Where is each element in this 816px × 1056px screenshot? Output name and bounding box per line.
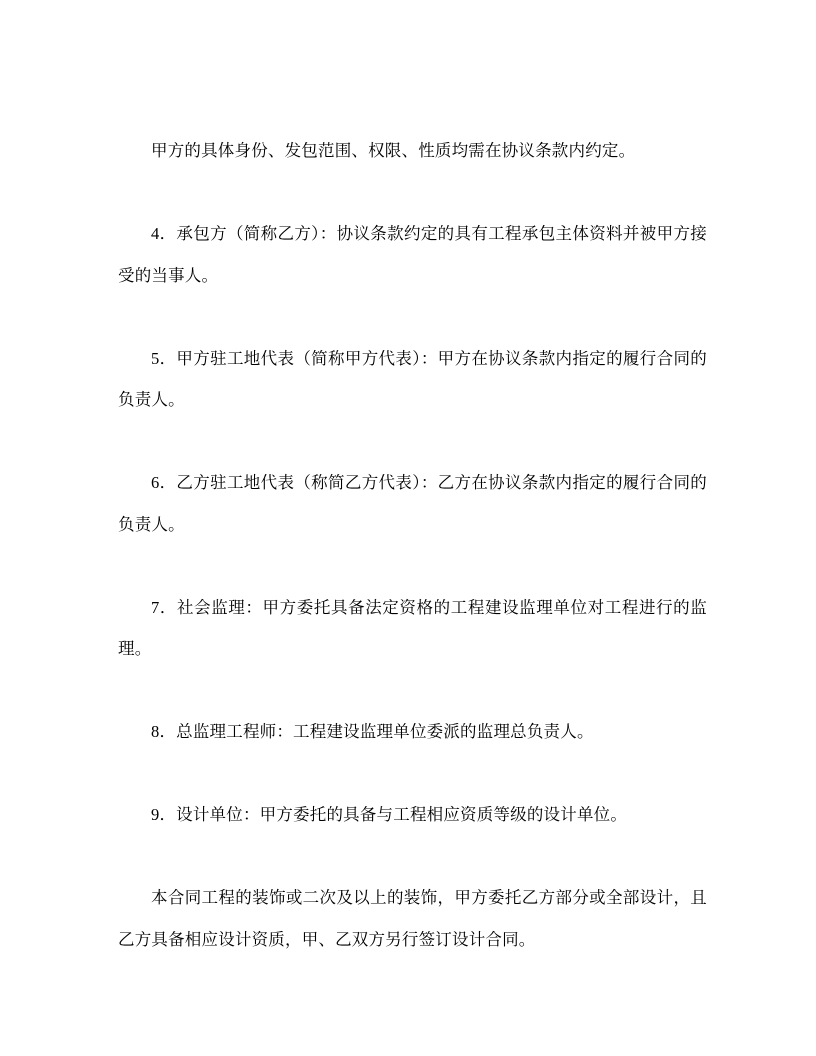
- document-page: 甲方的具体身份、发包范围、权限、性质均需在协议条款内约定。 4．承包方（简称乙方…: [0, 0, 816, 1056]
- document-body: 甲方的具体身份、发包范围、权限、性质均需在协议条款内约定。 4．承包方（简称乙方…: [118, 130, 707, 960]
- paragraph-decoration-design-agreement: 本合同工程的装饰或二次及以上的装饰，甲方委托乙方部分或全部设计，且乙方具备相应设…: [118, 877, 707, 960]
- paragraph-clause-7-social-supervision: 7．社会监理：甲方委托具备法定资格的工程建设监理单位对工程进行的监理。: [118, 587, 707, 670]
- paragraph-clause-5-party-a-site-representative: 5．甲方驻工地代表（简称甲方代表）：甲方在协议条款内指定的履行合同的负责人。: [118, 338, 707, 421]
- paragraph-clause-6-party-b-site-representative: 6．乙方驻工地代表（称简乙方代表）：乙方在协议条款内指定的履行合同的负责人。: [118, 462, 707, 545]
- paragraph-clause-9-design-unit: 9．设计单位：甲方委托的具备与工程相应资质等级的设计单位。: [118, 794, 707, 836]
- paragraph-clause-4-contractor-definition: 4．承包方（简称乙方）：协议条款约定的具有工程承包主体资料并被甲方接受的当事人。: [118, 213, 707, 296]
- paragraph-continuation-party-a-identity: 甲方的具体身份、发包范围、权限、性质均需在协议条款内约定。: [118, 130, 707, 172]
- paragraph-clause-8-chief-supervising-engineer: 8．总监理工程师：工程建设监理单位委派的监理总负责人。: [118, 711, 707, 753]
